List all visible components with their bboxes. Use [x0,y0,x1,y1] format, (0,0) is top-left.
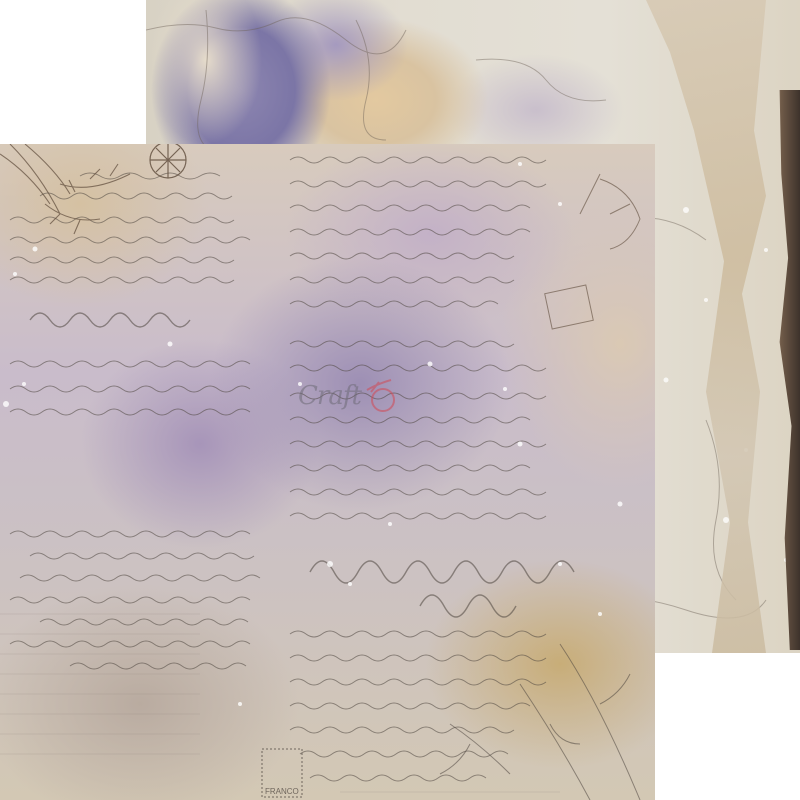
craft-watermark: Craft [298,378,399,414]
postage-stamp: FRANCO [262,749,302,797]
watermark-text: Craft [298,381,361,411]
front-paper-letters: FRANCO Craft [0,144,655,800]
watermark-logo-icon [363,378,399,414]
svg-text:FRANCO: FRANCO [265,787,299,796]
handwriting-lines: FRANCO [0,144,655,800]
